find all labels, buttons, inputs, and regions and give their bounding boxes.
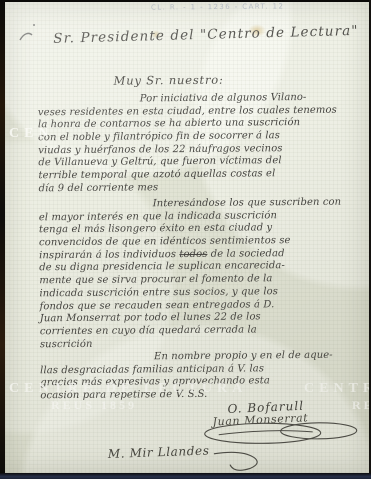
line-text: inspirarán á los individuos bbox=[39, 249, 179, 261]
paragraph-2: Interesándose los que suscriben con el m… bbox=[39, 196, 362, 351]
pencil-mark-icon bbox=[17, 20, 43, 46]
struck-word: todos bbox=[179, 249, 207, 260]
handwritten-text: Sr. Presidente del "Centro de Lectura" M… bbox=[3, 0, 371, 474]
scan-edge bbox=[0, 0, 5, 479]
paragraph-3: En nombre propio y en el de aque- llas d… bbox=[40, 349, 362, 403]
scan-edge bbox=[0, 0, 371, 2]
letter-line: ocasión para repetirse de V. S.S. bbox=[40, 388, 362, 403]
paper-sheet: CL. R. - 1 - 1236 - CART. 12 Sr. Preside… bbox=[5, 2, 369, 473]
greeting: Muy Sr. nuestro: bbox=[114, 73, 224, 88]
letter-line: día 9 del corriente mes bbox=[39, 180, 361, 195]
scan-edge bbox=[0, 473, 371, 479]
signature-flourish-icon bbox=[212, 447, 264, 473]
salutation: Sr. Presidente del "Centro de Lectura" bbox=[53, 23, 359, 47]
paragraph-1: Por iniciativa de algunos Vilano- veses … bbox=[38, 91, 361, 195]
scanned-letter-page: CL. R. - 1 - 1236 - CART. 12 Sr. Preside… bbox=[0, 0, 371, 479]
archive-reference-pencil: CL. R. - 1 - 1236 - CART. 12 bbox=[151, 2, 284, 11]
signature-third: M. Mir Llandes bbox=[108, 443, 210, 461]
signature-flourish-icon bbox=[201, 419, 361, 446]
line-text: de la sociedad bbox=[207, 248, 284, 260]
